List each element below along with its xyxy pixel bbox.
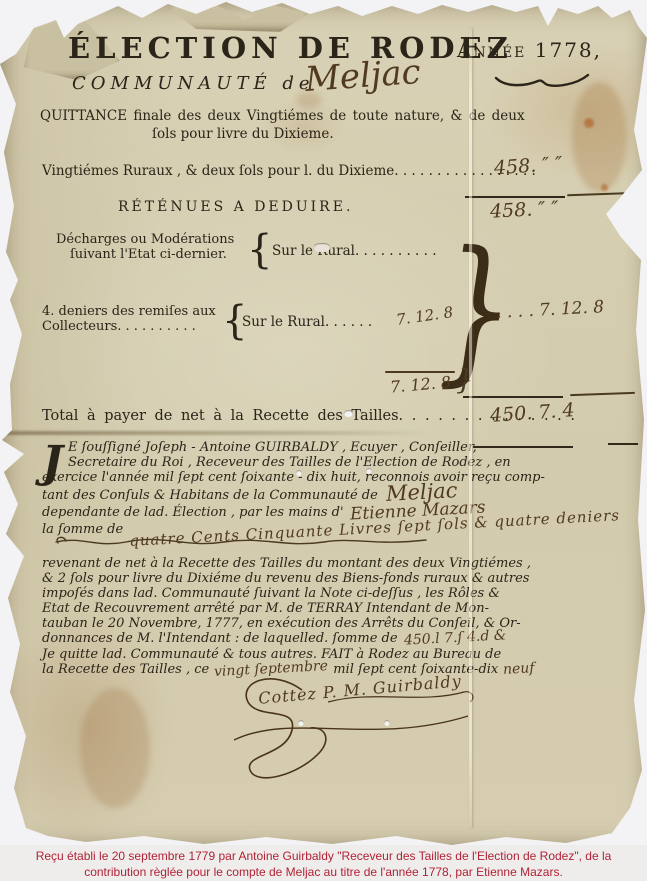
paragraph-line: revenant de net à la Recette des Tailles… <box>42 556 492 571</box>
row1-label-line1: Décharges ou Modérations <box>56 232 234 247</box>
stain <box>584 118 594 128</box>
document-title: ÉLECTION DE RODEZ <box>68 31 513 65</box>
paragraph-line: Je quitte lad. Communauté & tous autres.… <box>42 647 492 662</box>
fold-crease-horizontal <box>0 431 430 435</box>
row1-label-line2: ſuivant l'Etat ci-dernier. <box>70 247 227 262</box>
row1-sur-le-rural: Sur le Rural. . . . . . . . . . <box>272 243 437 259</box>
screenshot-root: ÉLECTION DE RODEZ Année 1778, COMMUNAUTÉ… <box>0 0 647 881</box>
column-rule-extension <box>567 192 639 196</box>
community-name-handwritten: Meljac <box>304 52 422 100</box>
receipt-paragraph-1: E ſouſſigné Joſeph - Antoine GUIRBALDY ,… <box>42 441 492 538</box>
year-label: Année 1778, <box>457 38 602 62</box>
stain <box>601 184 608 191</box>
paragraph-line: donnances de M. l'Intendant : de laquell… <box>42 631 492 646</box>
quittance-line-2: ſols pour livre du Dixieme. <box>152 126 334 142</box>
row2-amount-handwritten: . . . . 7. 12. 8 <box>496 297 605 323</box>
paragraph-line: Etat de Recouvrement arrêté par M. de TE… <box>42 601 492 616</box>
year-word-handwritten: neuf <box>503 661 535 678</box>
stain <box>572 82 627 192</box>
stain <box>80 688 150 808</box>
paper-tear <box>344 410 353 417</box>
column-rule-dash <box>608 443 638 445</box>
paragraph-line: impoſés dans lad. Communauté ſuivant la … <box>42 586 492 601</box>
stain <box>296 92 322 108</box>
retenues-heading: RÉTÉNUES A DEDUIRE. <box>118 199 353 215</box>
caption-bar: Reçu établi le 20 septembre 1779 par Ant… <box>0 845 647 881</box>
paragraph-line: tauban le 20 Novembre, 1777, en exécutio… <box>42 616 492 631</box>
column-rule-extension <box>570 392 635 396</box>
row2-label-line2: Collecteurs. . . . . . . . . . <box>42 319 196 334</box>
paragraph-line: Secretaire du Roi , Receveur des Tailles… <box>42 456 492 471</box>
receipt-paragraph-2: revenant de net à la Recette des Tailles… <box>42 556 492 677</box>
signature-flourish-icon <box>232 676 502 786</box>
paper-tear <box>314 243 330 252</box>
vingtiemes-amount-handwritten: 458. ″ ″ <box>493 153 563 180</box>
flourish-underline-icon <box>52 534 432 550</box>
row1-brace: { <box>247 230 272 270</box>
worm-hole <box>298 720 304 726</box>
brace-ornament-icon <box>492 72 592 90</box>
paragraph-text: donnances de M. l'Intendant : de laquell… <box>42 631 398 646</box>
caption-line-1: Reçu établi le 20 septembre 1779 par Ant… <box>0 848 647 864</box>
torn-flap-decoration <box>168 2 308 32</box>
worm-hole <box>384 720 390 726</box>
row2-sur-le-rural: Sur le Rural. . . . . . <box>242 314 372 330</box>
paragraph-line: E ſouſſigné Joſeph - Antoine GUIRBALDY ,… <box>42 441 492 456</box>
paragraph-text: dependante de lad. Élection , par les ma… <box>42 505 344 520</box>
fold-crease-vertical <box>469 28 472 828</box>
paragraph-text: tant des Conſuls & Habitans de la Commun… <box>42 488 378 503</box>
column-rule <box>463 396 563 398</box>
quittance-line-1: QUITTANCE finale des deux Vingtiémes de … <box>40 108 525 124</box>
community-label: COMMUNAUTÉ de <box>72 73 315 94</box>
caption-line-2: contribution règlée pour le compte de Me… <box>0 864 647 880</box>
paragraph-line: & 2 ſols pour livre du Dixiéme du revenu… <box>42 571 492 586</box>
document-paper: ÉLECTION DE RODEZ Année 1778, COMMUNAUTÉ… <box>0 0 647 846</box>
worm-hole <box>366 468 372 474</box>
paragraph-text: la Recette des Tailles , ce <box>42 662 209 677</box>
vingtiemes-label: Vingtiémes Ruraux , & deux ſols pour l. … <box>42 163 536 179</box>
row2-label-line1: 4. deniers des remiſes aux <box>42 304 216 319</box>
worm-hole <box>296 470 302 476</box>
